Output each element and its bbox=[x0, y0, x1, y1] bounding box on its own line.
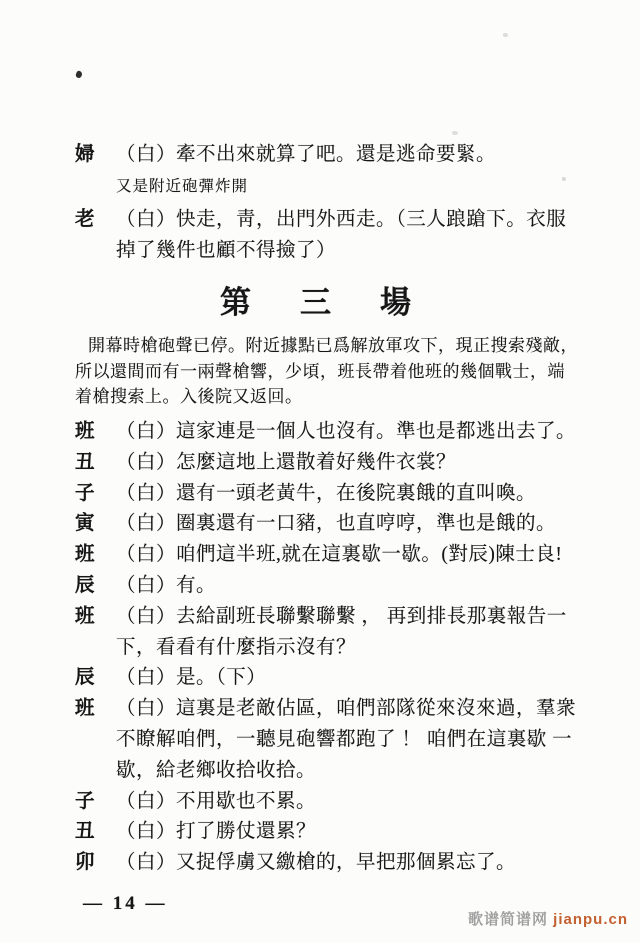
script-line: 卯 （白）又捉俘虜又繳槍的，早把那個累忘了。 bbox=[0, 848, 640, 879]
dialogue-text: （白）這家連是一個人也沒有。準也是都逃出去了。 bbox=[116, 417, 576, 448]
opening-dialogue-block: 婦 （白）牽不出來就算了吧。還是逃命要緊。 又是附近砲彈炸開 老 （白）快走，靑… bbox=[0, 139, 640, 266]
script-line: 辰 （白）是。（下） bbox=[0, 663, 640, 694]
watermark-site-name: 歌谱简谱网 bbox=[468, 911, 548, 928]
speaker-label: 辰 bbox=[75, 571, 116, 602]
script-line: 丑 （白）怎麼這地上還散着好幾件衣裳？ bbox=[0, 448, 640, 479]
dialogue-block: 班 （白）這家連是一個人也沒有。準也是都逃出去了。 丑 （白）怎麼這地上還散着好… bbox=[0, 417, 640, 879]
script-line: 老 （白）快走，靑，出門外西走。（三人踉蹌下。衣服 bbox=[0, 204, 640, 235]
dialogue-text: （白）還有一頭老黃牛，在後院裏餓的直叫喚。 bbox=[116, 479, 536, 510]
stage-direction-line: 開幕時槍砲聲已停。附近據點已爲解放軍攻下，現正搜索殘敵， bbox=[75, 333, 605, 359]
script-line-continuation: 歇，給老鄉收拾收拾。 bbox=[0, 756, 640, 787]
dialogue-text: （白）是。（下） bbox=[116, 663, 266, 694]
dialogue-text: （白）快走，靑，出門外西走。（三人踉蹌下。衣服 bbox=[116, 204, 566, 235]
speaker-label: 丑 bbox=[75, 448, 116, 479]
script-line: 子 （白）還有一頭老黃牛，在後院裏餓的直叫喚。 bbox=[0, 479, 640, 510]
dialogue-text: （白）去給副班長聯繫聯繫 ， 再到排長那裏報告一 bbox=[116, 602, 567, 633]
script-line: 婦 （白）牽不出來就算了吧。還是逃命要緊。 bbox=[0, 139, 640, 170]
ink-speck bbox=[75, 70, 83, 79]
script-line: 班 （白）去給副班長聯繫聯繫 ， 再到排長那裏報告一 bbox=[0, 602, 640, 633]
script-line-continuation: 不瞭解咱們，一聽見砲響都跑了 ！ 咱們在這裏歇 一 bbox=[0, 725, 640, 756]
script-line: 寅 （白）圈裏還有一口豬，也直哼哼，準也是餓的。 bbox=[0, 509, 640, 540]
speaker-label: 班 bbox=[75, 694, 116, 725]
dialogue-text: 不瞭解咱們，一聽見砲響都跑了 ！ 咱們在這裏歇 一 bbox=[116, 725, 572, 756]
speaker-label: 丑 bbox=[75, 817, 116, 848]
dialogue-text: （白）咱們這半班,就在這裏歇一歇。(對辰)陳士良! bbox=[116, 540, 562, 571]
dialogue-text: 下，看看有什麼指示沒有？ bbox=[116, 633, 356, 664]
stage-direction-line: 着槍搜索上。入後院又返回。 bbox=[75, 384, 605, 410]
speaker-label: 老 bbox=[75, 204, 116, 235]
dialogue-text: 掉了幾件也顧不得撿了） bbox=[116, 235, 336, 266]
script-line-continuation: 下，看看有什麼指示沒有？ bbox=[0, 633, 640, 664]
dialogue-text: 歇，給老鄉收拾收拾。 bbox=[116, 756, 316, 787]
script-line: 班 （白）咱們這半班,就在這裏歇一歇。(對辰)陳士良! bbox=[0, 540, 640, 571]
script-line: 丑 （白）打了勝仗還累？ bbox=[0, 817, 640, 848]
script-line: 辰 （白）有。 bbox=[0, 571, 640, 602]
scan-speck bbox=[452, 131, 458, 135]
watermark-site-url: jianpu.cn bbox=[553, 911, 628, 928]
page-number: — 14 — bbox=[83, 893, 168, 915]
dialogue-text: （白）牽不出來就算了吧。還是逃命要緊。 bbox=[116, 139, 496, 170]
speaker-label: 寅 bbox=[75, 509, 116, 540]
scene-title: 第 三 場 bbox=[0, 277, 640, 322]
script-line: 子 （白）不用歇也不累。 bbox=[0, 787, 640, 818]
dialogue-text: （白）打了勝仗還累？ bbox=[116, 817, 316, 848]
speaker-label: 辰 bbox=[75, 663, 116, 694]
stage-note-text: 又是附近砲彈炸開 bbox=[116, 170, 248, 204]
speaker-label: 子 bbox=[75, 787, 116, 818]
speaker-label: 班 bbox=[75, 602, 116, 633]
dialogue-text: （白）怎麼這地上還散着好幾件衣裳？ bbox=[116, 448, 456, 479]
speaker-label: 卯 bbox=[75, 848, 116, 879]
stage-note-line: 又是附近砲彈炸開 bbox=[0, 170, 640, 204]
stage-direction-line: 所以還間而有一兩聲槍響，少頃，班長帶着他班的幾個戰士，端 bbox=[75, 359, 605, 385]
script-line: 班 （白）這裏是老敵佔區，咱們部隊從來沒來過，羣衆 bbox=[0, 694, 640, 725]
dialogue-text: （白）又捉俘虜又繳槍的，早把那個累忘了。 bbox=[116, 848, 516, 879]
script-line: 班 （白）這家連是一個人也沒有。準也是都逃出去了。 bbox=[0, 417, 640, 448]
dialogue-text: （白）這裏是老敵佔區，咱們部隊從來沒來過，羣衆 bbox=[116, 694, 576, 725]
speaker-label: 婦 bbox=[75, 139, 116, 170]
scan-speck bbox=[503, 33, 508, 37]
scanned-script-page: 婦 （白）牽不出來就算了吧。還是逃命要緊。 又是附近砲彈炸開 老 （白）快走，靑… bbox=[0, 0, 640, 943]
speaker-label: 子 bbox=[75, 479, 116, 510]
dialogue-text: （白）有。 bbox=[116, 571, 216, 602]
script-line-continuation: 掉了幾件也顧不得撿了） bbox=[0, 235, 640, 266]
stage-direction-paragraph: 開幕時槍砲聲已停。附近據點已爲解放軍攻下，現正搜索殘敵， 所以還間而有一兩聲槍響… bbox=[75, 333, 605, 410]
watermark: 歌谱简谱网 jianpu.cn bbox=[468, 908, 628, 929]
speaker-label: 班 bbox=[75, 417, 116, 448]
speaker-label: 班 bbox=[75, 540, 116, 571]
dialogue-text: （白）圈裏還有一口豬，也直哼哼，準也是餓的。 bbox=[116, 509, 556, 540]
dialogue-text: （白）不用歇也不累。 bbox=[116, 787, 316, 818]
